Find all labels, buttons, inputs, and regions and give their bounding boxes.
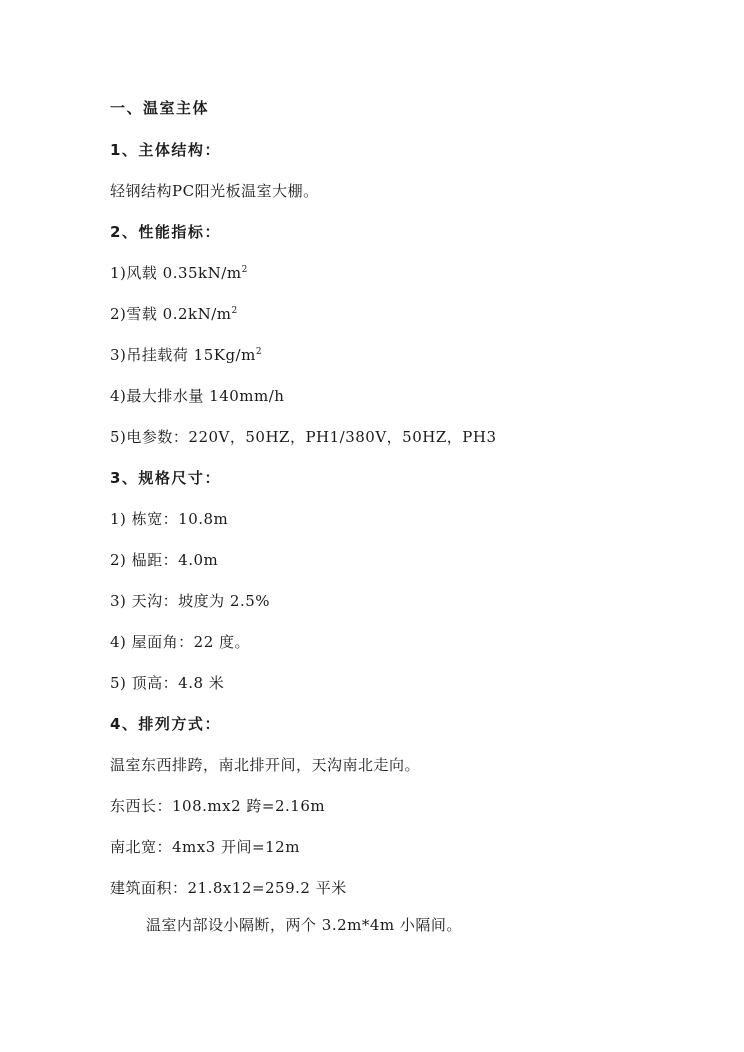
- document-page: 一、温室主体 1、主体结构： 轻钢结构PC阳光板温室大棚。 2、性能指标： 1)…: [0, 0, 744, 1052]
- arrangement-building-area: 建筑面积：21.8x12=259.2 平米: [110, 878, 347, 898]
- performance-item-electrical: 5)电参数：220V，50HZ，PH1/380V，50HZ，PH3: [110, 427, 497, 447]
- section-title: 一、温室主体: [110, 98, 209, 118]
- main-structure-text: 轻钢结构PC阳光板温室大棚。: [110, 181, 319, 201]
- dimension-item-bay-spacing: 2) 榀距：4.0m: [110, 550, 218, 570]
- heading-performance: 2、性能指标：: [110, 222, 221, 242]
- arrangement-north-south-width: 南北宽：4mx3 开间=12m: [110, 837, 300, 857]
- heading-main-structure: 1、主体结构：: [110, 140, 221, 160]
- heading-dimensions: 3、规格尺寸：: [110, 468, 221, 488]
- arrangement-east-west-length: 东西长：108.mx2 跨=2.16m: [110, 796, 325, 816]
- dimension-item-top-height: 5) 顶高：4.8 米: [110, 673, 224, 693]
- performance-item-hanging-load: 3)吊挂载荷 15Kg/m2: [110, 345, 262, 365]
- performance-item-snow-load: 2)雪载 0.2kN/m2: [110, 304, 238, 324]
- dimension-item-gutter: 3) 天沟：坡度为 2.5%: [110, 591, 270, 611]
- dimension-item-span-width: 1) 栋宽：10.8m: [110, 509, 228, 529]
- performance-item-wind-load: 1)风载 0.35kN/m2: [110, 263, 248, 283]
- performance-item-drainage: 4)最大排水量 140mm/h: [110, 386, 284, 406]
- heading-arrangement: 4、排列方式：: [110, 714, 221, 734]
- arrangement-partition-note: 温室内部设小隔断，两个 3.2m*4m 小隔间。: [146, 915, 462, 935]
- arrangement-orientation: 温室东西排跨，南北排开间，天沟南北走向。: [110, 755, 420, 775]
- dimension-item-roof-angle: 4) 屋面角：22 度。: [110, 632, 250, 652]
